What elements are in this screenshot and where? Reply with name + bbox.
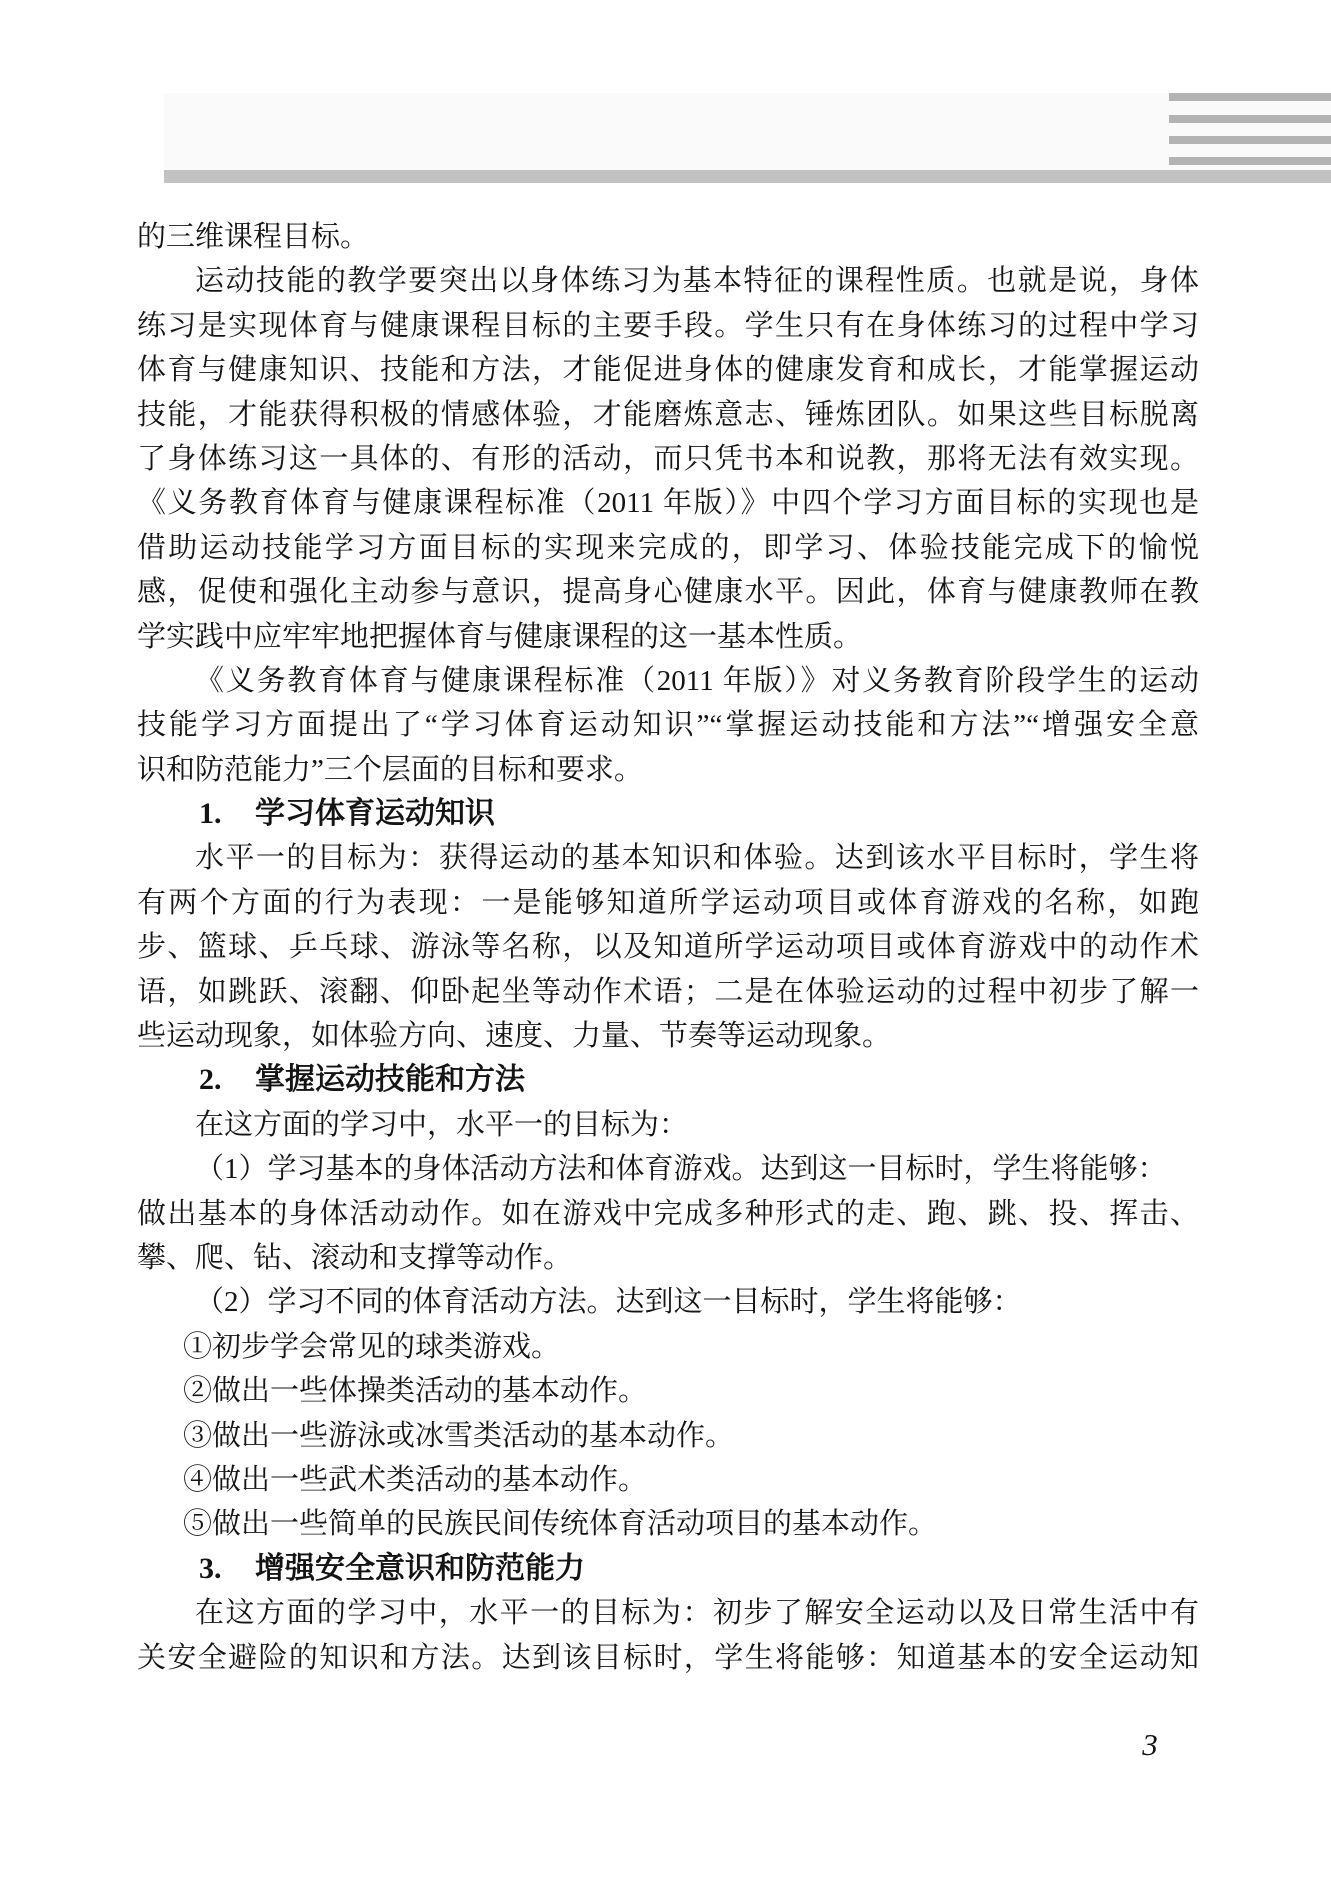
header-stripe: [1169, 115, 1331, 123]
text-line: 在这方面的学习中，水平一的目标为：: [137, 1103, 1199, 1147]
text-line: 技能，才能获得积极的情感体验，才能磨炼意志、锤炼团队。如果这些目标脱离: [137, 393, 1199, 437]
text-line: 步、篮球、乒乓球、游泳等名称，以及知道所学运动项目或体育游戏中的动作术: [137, 925, 1199, 969]
text-line: 练习是实现体育与健康课程目标的主要手段。学生只有在身体练习的过程中学习: [137, 304, 1199, 348]
text-line: 的三维课程目标。: [137, 215, 1199, 259]
text-line: 《义务教育体育与健康课程标准（2011 年版）》中四个学习方面目标的实现也是: [137, 481, 1199, 525]
document-page: 的三维课程目标。 运动技能的教学要突出以身体练习为基本特征的课程性质。也就是说，…: [0, 0, 1331, 1884]
section-heading-2: 2. 掌握运动技能和方法: [137, 1058, 1199, 1102]
header-stripe: [1169, 93, 1331, 101]
list-item-line: ⑤做出一些简单的民族民间传统体育活动项目的基本动作。: [137, 1502, 1199, 1546]
page-header-rule: [164, 170, 1331, 183]
text-line: 体育与健康知识、技能和方法，才能促进身体的健康发育和成长，才能掌握运动: [137, 348, 1199, 392]
text-line: 借助运动技能学习方面目标的实现来完成的，即学习、体验技能完成下的愉悦: [137, 526, 1199, 570]
heading-title: 增强安全意识和防范能力: [255, 1552, 585, 1585]
text-line: 感，促使和强化主动参与意识，提高身心健康水平。因此，体育与健康教师在教: [137, 570, 1199, 614]
text-line: 运动技能的教学要突出以身体练习为基本特征的课程性质。也就是说，身体: [137, 259, 1199, 303]
text-line: 关安全避险的知识和方法。达到该目标时，学生将能够：知道基本的安全运动知: [137, 1636, 1199, 1680]
text-line: 水平一的目标为：获得运动的基本知识和体验。达到该水平目标时，学生将: [137, 836, 1199, 880]
text-line: 《义务教育体育与健康课程标准（2011 年版）》对义务教育阶段学生的运动: [137, 659, 1199, 703]
heading-number: 3.: [199, 1552, 222, 1585]
text-line: 做出基本的身体活动动作。如在游戏中完成多种形式的走、跑、跳、投、挥击、: [137, 1192, 1199, 1236]
header-stripe: [1169, 136, 1331, 144]
text-line: 有两个方面的行为表现：一是能够知道所学运动项目或体育游戏的名称，如跑: [137, 881, 1199, 925]
page-number: 3: [1118, 1727, 1182, 1763]
heading-number: 2.: [199, 1063, 222, 1096]
text-line: 技能学习方面提出了“学习体育运动知识”“掌握运动技能和方法”“增强安全意: [137, 703, 1199, 747]
body-text-column: 的三维课程目标。 运动技能的教学要突出以身体练习为基本特征的课程性质。也就是说，…: [137, 215, 1199, 1680]
text-line: （1）学习基本的身体活动方法和体育游戏。达到这一目标时，学生将能够：: [137, 1147, 1199, 1191]
page-header-band: [164, 93, 1331, 170]
heading-title: 掌握运动技能和方法: [255, 1063, 525, 1096]
section-heading-3: 3. 增强安全意识和防范能力: [137, 1547, 1199, 1591]
text-line: 了身体练习这一具体的、有形的活动，而只凭书本和说教，那将无法有效实现。: [137, 437, 1199, 481]
list-item-line: ①初步学会常见的球类游戏。: [137, 1325, 1199, 1369]
text-line: 些运动现象，如体验方向、速度、力量、节奏等运动现象。: [137, 1014, 1199, 1058]
text-line: 在这方面的学习中，水平一的目标为：初步了解安全运动以及日常生活中有: [137, 1591, 1199, 1635]
header-stripe: [1169, 157, 1331, 165]
text-line: （2）学习不同的体育活动方法。达到这一目标时，学生将能够：: [137, 1280, 1199, 1324]
text-line: 语，如跳跃、滚翻、仰卧起坐等动作术语；二是在体验运动的过程中初步了解一: [137, 970, 1199, 1014]
list-item-line: ②做出一些体操类活动的基本动作。: [137, 1369, 1199, 1413]
text-line: 攀、爬、钻、滚动和支撑等动作。: [137, 1236, 1199, 1280]
text-line: 识和防范能力”三个层面的目标和要求。: [137, 748, 1199, 792]
text-line: 学实践中应牢牢地把握体育与健康课程的这一基本性质。: [137, 615, 1199, 659]
heading-number: 1.: [199, 797, 222, 830]
list-item-line: ③做出一些游泳或冰雪类活动的基本动作。: [137, 1414, 1199, 1458]
section-heading-1: 1. 学习体育运动知识: [137, 792, 1199, 836]
heading-title: 学习体育运动知识: [255, 797, 495, 830]
list-item-line: ④做出一些武术类活动的基本动作。: [137, 1458, 1199, 1502]
